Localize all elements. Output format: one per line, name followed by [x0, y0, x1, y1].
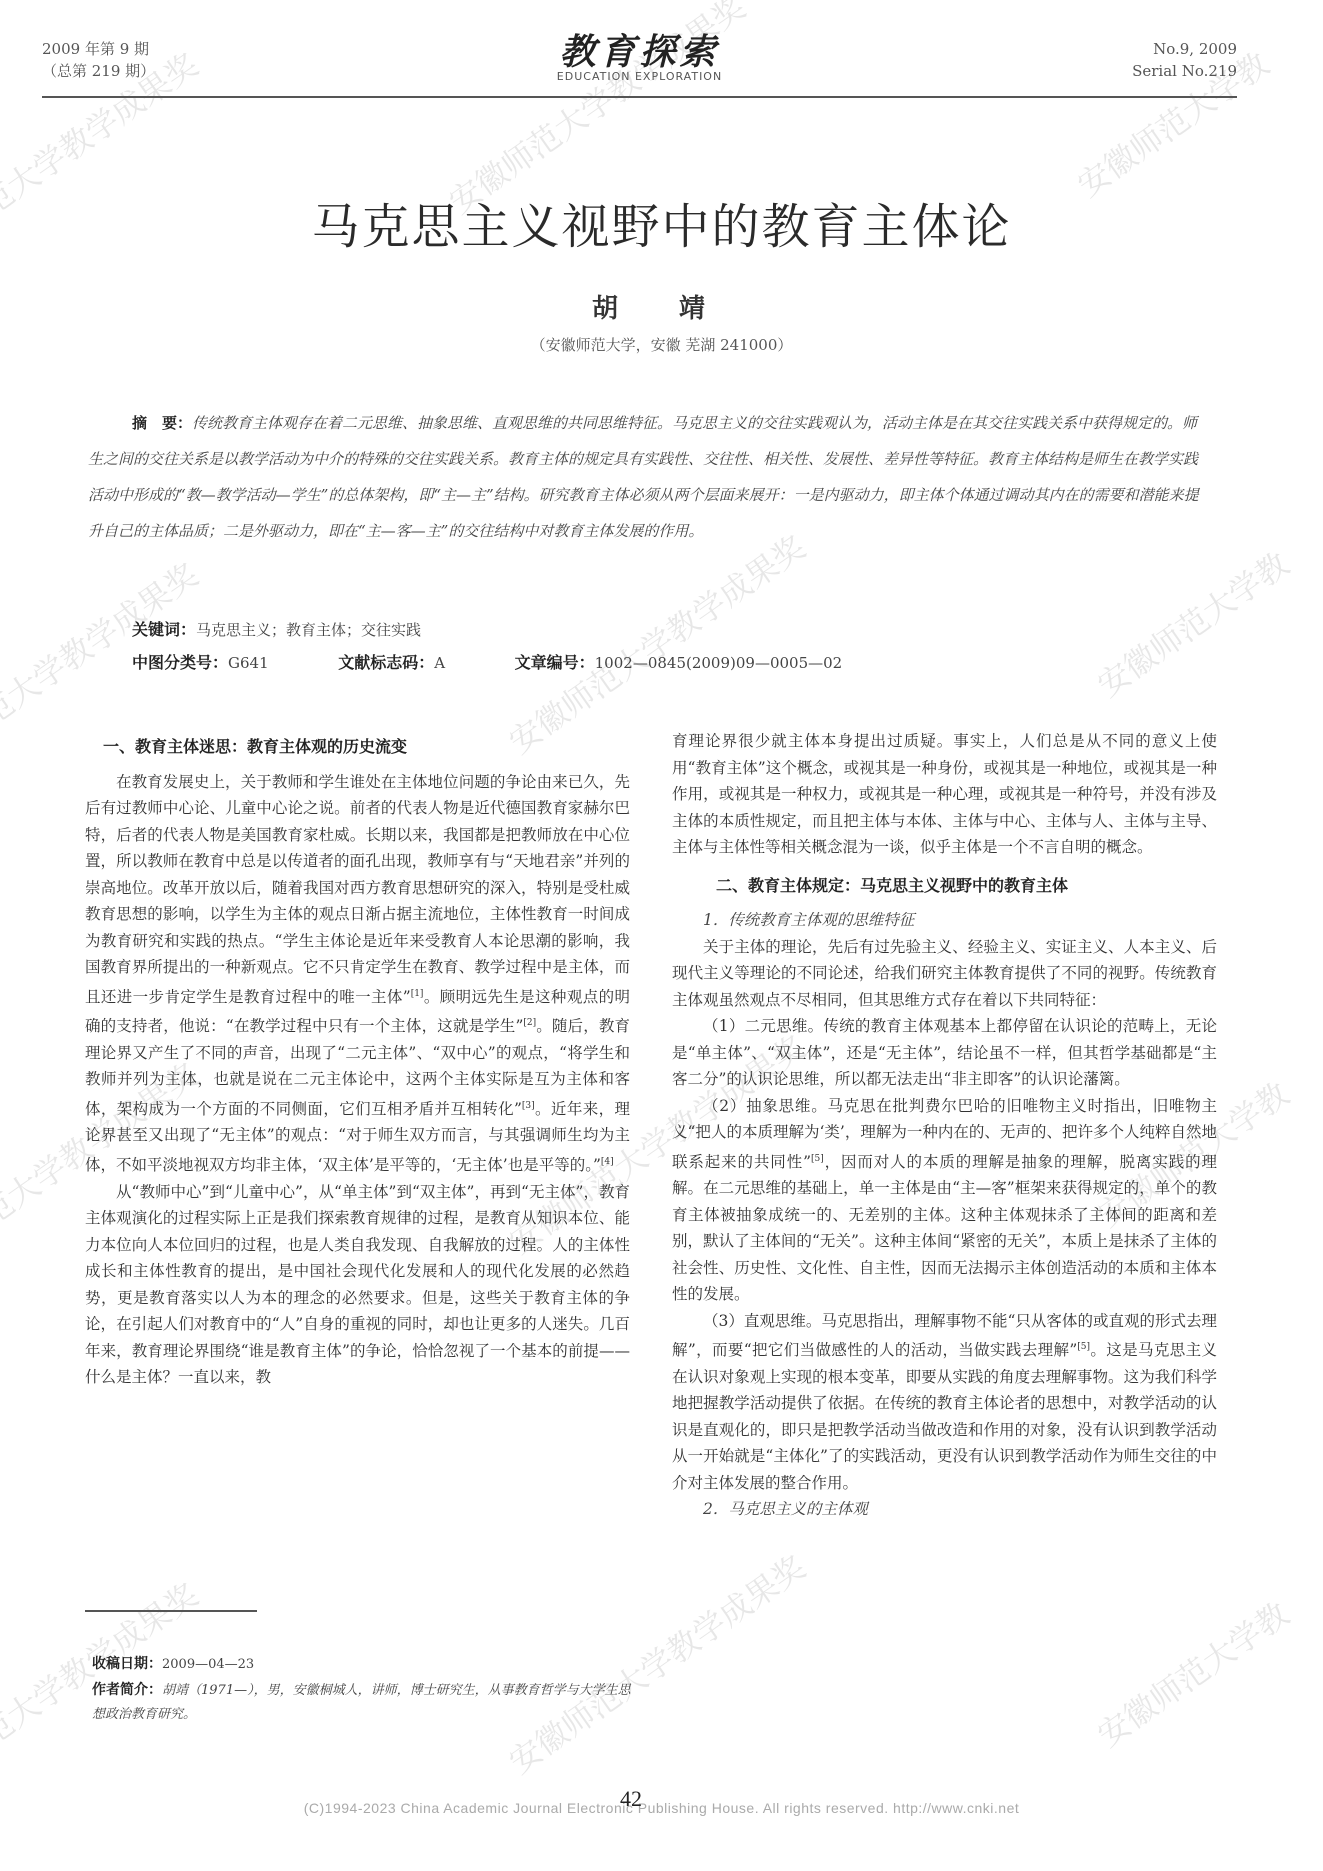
watermark: 安徽师范大学教学成果奖 — [499, 523, 814, 763]
paragraph: （1）二元思维。传统的教育主体观基本上都停留在认识论的范畴上，无论是“单主体”、… — [672, 1013, 1217, 1093]
issue-total: （总第 219 期） — [42, 60, 155, 82]
citation: [5] — [1077, 1342, 1090, 1352]
article-title: 马克思主义视野中的教育主体论 — [0, 188, 1323, 257]
clc-value: G641 — [228, 654, 269, 672]
watermark: 范大学教学成果奖 — [0, 551, 206, 736]
abstract: 摘 要：传统教育主体观存在着二元思维、抽象思维、直观思维的共同思维特征。马克思主… — [88, 405, 1200, 549]
watermark: 安徽师范大学教 — [1087, 1590, 1297, 1756]
issue-info-en: No.9, 2009 Serial No.219 — [1132, 38, 1237, 82]
paragraph: 关于主体的理论，先后有过先验主义、经验主义、实证主义、人本主义、后现代主义等理论… — [672, 934, 1217, 1014]
paragraph: （2）抽象思维。马克思在批判费尔巴哈的旧唯物主义时指出，旧唯物主义“把人的本质理… — [672, 1093, 1217, 1308]
copyright-footer: (C)1994-2023 China Academic Journal Elec… — [0, 1800, 1323, 1816]
doc-code-value: A — [434, 654, 445, 672]
keywords: 关键词：马克思主义；教育主体；交往实践 — [132, 617, 421, 640]
doc-code-label: 文献标志码： — [338, 653, 434, 672]
paragraph: （3）直观思维。马克思指出，理解事物不能“只从客体的或直观的形式去理解”，而要“… — [672, 1308, 1217, 1497]
issue-info: 2009 年第 9 期 （总第 219 期） — [42, 38, 155, 82]
article-no-label: 文章编号： — [515, 653, 595, 672]
abstract-label: 摘 要： — [132, 414, 192, 432]
citation: [1] — [411, 989, 424, 999]
citation: [5] — [811, 1154, 824, 1164]
author-bio-text: 胡靖（1971—），男，安徽桐城人，讲师，博士研究生，从事教育哲学与大学生思想政… — [92, 1683, 631, 1722]
paragraph: 在教育发展史上，关于教师和学生谁处在主体地位问题的争论由来已久，先后有过教师中心… — [85, 769, 630, 1179]
keywords-text: 马克思主义；教育主体；交往实践 — [196, 621, 421, 639]
received-date: 收稿日期：2009—04—23 — [92, 1652, 632, 1677]
page-number: 42 — [620, 1786, 642, 1812]
citation: [2] — [523, 1018, 536, 1028]
footnote-rule — [85, 1610, 257, 1612]
header-rule — [42, 96, 1237, 98]
subsection-heading: 2．马克思主义的主体观 — [672, 1496, 1217, 1523]
article-no-value: 1002—0845(2009)09—0005—02 — [595, 654, 843, 672]
received-value: 2009—04—23 — [162, 1657, 254, 1672]
author-bio-label: 作者简介： — [92, 1682, 162, 1698]
section-heading-1: 一、教育主体迷思：教育主体观的历史流变 — [85, 734, 630, 761]
abstract-text: 传统教育主体观存在着二元思维、抽象思维、直观思维的共同思维特征。马克思主义的交往… — [88, 414, 1199, 540]
classification-row: 中图分类号：G641 文献标志码：A 文章编号：1002—0845(2009)0… — [132, 650, 842, 673]
body-column-left: 一、教育主体迷思：教育主体观的历史流变 在教育发展史上，关于教师和学生谁处在主体… — [85, 728, 630, 1391]
issue-year: 2009 年第 9 期 — [42, 38, 155, 60]
author-affiliation: （安徽师范大学，安徽 芜湖 241000） — [0, 334, 1323, 355]
watermark: 安徽师范大学教 — [1087, 540, 1297, 706]
journal-logo: 教育探索 EDUCATION EXPLORATION — [557, 30, 722, 83]
section-heading-2: 二、教育主体规定：马克思主义视野中的教育主体 — [672, 873, 1217, 900]
author-bio: 作者简介：胡靖（1971—），男，安徽桐城人，讲师，博士研究生，从事教育哲学与大… — [92, 1678, 632, 1727]
received-label: 收稿日期： — [92, 1656, 162, 1672]
clc-label: 中图分类号： — [132, 653, 228, 672]
journal-name-cn: 教育探索 — [557, 30, 722, 74]
subsection-heading: 1．传统教育主体观的思维特征 — [672, 907, 1217, 934]
journal-name-en: EDUCATION EXPLORATION — [557, 70, 722, 83]
issue-number-en: No.9, 2009 — [1132, 38, 1237, 60]
citation: [3] — [522, 1101, 535, 1111]
paragraph: 育理论界很少就主体本身提出过质疑。事实上，人们总是从不同的意义上使用“教育主体”… — [672, 728, 1217, 861]
citation: [4] — [601, 1157, 614, 1167]
serial-number: Serial No.219 — [1132, 60, 1237, 82]
body-column-right: 育理论界很少就主体本身提出过质疑。事实上，人们总是从不同的意义上使用“教育主体”… — [672, 728, 1217, 1523]
running-header: 2009 年第 9 期 （总第 219 期） 教育探索 EDUCATION EX… — [42, 38, 1237, 100]
keywords-label: 关键词： — [132, 620, 196, 639]
paragraph: 从“教师中心”到“儿童中心”，从“单主体”到“双主体”，再到“无主体”，教育主体… — [85, 1179, 630, 1391]
author-name: 胡 靖 — [0, 288, 1323, 325]
